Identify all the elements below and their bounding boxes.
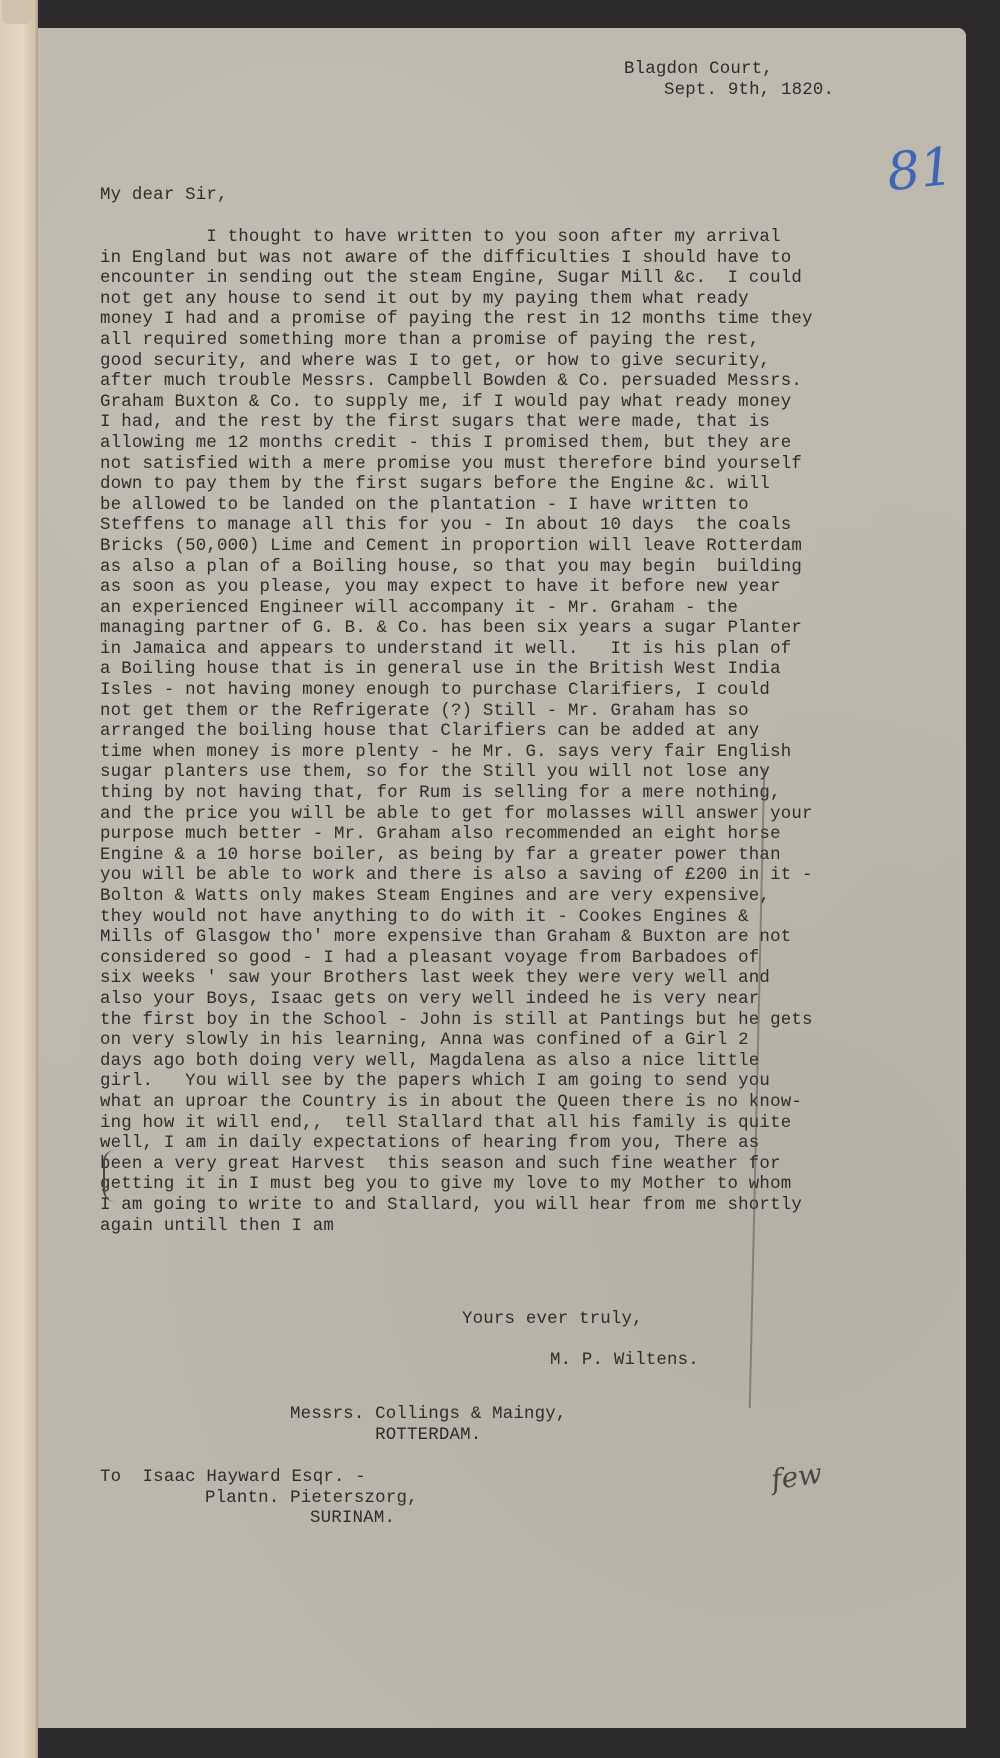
letter-line: be allowed to be landed on the plantatio… — [100, 496, 813, 517]
letter-line: on very slowly in his learning, Anna was… — [100, 1031, 813, 1052]
letter-line: not satisfied with a mere promise you mu… — [100, 455, 813, 476]
letter-line: getting it in I must beg you to give my … — [100, 1175, 813, 1196]
closing: Yours ever truly, — [462, 1310, 643, 1331]
letter-line: in England but was not aware of the diff… — [100, 249, 813, 270]
letter-line: allowing me 12 months credit - this I pr… — [100, 434, 813, 455]
letter-line: Bolton & Watts only makes Steam Engines … — [100, 887, 813, 908]
letter-line: thing by not having that, for Rum is sel… — [100, 784, 813, 805]
letter-line: encounter in sending out the steam Engin… — [100, 269, 813, 290]
letter-page: Blagdon Court,Sept. 9th, 1820. 81 My dea… — [38, 28, 966, 1728]
letter-line: I had, and the rest by the first sugars … — [100, 413, 813, 434]
letter-address-block: Blagdon Court,Sept. 9th, 1820. — [624, 60, 834, 101]
letter-line: again untill then I am — [100, 1217, 813, 1238]
letter-line: as soon as you please, you may expect to… — [100, 578, 813, 599]
letter-line: and the price you will be able to get fo… — [100, 805, 813, 826]
letter-line: Engine & a 10 horse boiler, as being by … — [100, 846, 813, 867]
letter-line: Graham Buxton & Co. to supply me, if I w… — [100, 393, 813, 414]
letter-line: after much trouble Messrs. Campbell Bowd… — [100, 372, 813, 393]
letter-line: been a very great Harvest this season an… — [100, 1155, 813, 1176]
letter-line: considered so good - I had a pleasant vo… — [100, 949, 813, 970]
letter-line: also your Boys, Isaac gets on very well … — [100, 990, 813, 1011]
letter-line: sugar planters use them, so for the Stil… — [100, 763, 813, 784]
handwritten-margin-note: few — [769, 1457, 824, 1497]
firm-city: ROTTERDAM. — [290, 1426, 567, 1447]
salutation: My dear Sir, — [100, 186, 228, 207]
binding-tab — [2, 0, 32, 24]
letter-line: as also a plan of a Boiling house, so th… — [100, 558, 813, 579]
letter-line: a Boiling house that is in general use i… — [100, 660, 813, 681]
letter-line: what an uproar the Country is in about t… — [100, 1093, 813, 1114]
letter-line: good security, and where was I to get, o… — [100, 352, 813, 373]
letter-line: they would not have anything to do with … — [100, 908, 813, 929]
place-line: Blagdon Court, — [624, 60, 834, 81]
letter-line: all required something more than a promi… — [100, 331, 813, 352]
binding-strip — [0, 0, 38, 1758]
folio-number: 81 — [884, 137, 956, 204]
letter-line: managing partner of G. B. & Co. has been… — [100, 619, 813, 640]
letter-line: Steffens to manage all this for you - In… — [100, 516, 813, 537]
recipient-line-2: Plantn. Pieterszorg, — [100, 1489, 418, 1510]
letter-line: Mills of Glasgow tho' more expensive tha… — [100, 928, 813, 949]
letter-line: I thought to have written to you soon af… — [100, 228, 813, 249]
letter-line: girl. You will see by the papers which I… — [100, 1072, 813, 1093]
recipient-block: To Isaac Hayward Esqr. -Plantn. Pietersz… — [100, 1468, 418, 1530]
letter-line: in Jamaica and appears to understand it … — [100, 640, 813, 661]
letter-line: an experienced Engineer will accompany i… — [100, 599, 813, 620]
letter-line: well, I am in daily expectations of hear… — [100, 1134, 813, 1155]
letter-line: down to pay them by the first sugars bef… — [100, 475, 813, 496]
letter-line: arranged the boiling house that Clarifie… — [100, 722, 813, 743]
letter-line: the first boy in the School - John is st… — [100, 1011, 813, 1032]
letter-line: money I had and a promise of paying the … — [100, 310, 813, 331]
recipient-line-3: SURINAM. — [100, 1509, 418, 1530]
letter-line: purpose much better - Mr. Graham also re… — [100, 825, 813, 846]
firm-name: Messrs. Collings & Maingy, — [290, 1405, 567, 1426]
letter-line: ing how it will end,, tell Stallard that… — [100, 1114, 813, 1135]
date-line: Sept. 9th, 1820. — [624, 81, 834, 102]
letter-line: Isles - not having money enough to purch… — [100, 681, 813, 702]
letter-line: Bricks (50,000) Lime and Cement in propo… — [100, 537, 813, 558]
letter-line: time when money is more plenty - he Mr. … — [100, 743, 813, 764]
letter-line: days ago both doing very well, Magdalena… — [100, 1052, 813, 1073]
margin-bracket-mark — [103, 1150, 115, 1202]
firm-block: Messrs. Collings & Maingy,ROTTERDAM. — [290, 1405, 567, 1446]
letter-body: I thought to have written to you soon af… — [100, 228, 813, 1237]
letter-line: not get any house to send it out by my p… — [100, 290, 813, 311]
letter-line: you will be able to work and there is al… — [100, 866, 813, 887]
letter-line: six weeks ' saw your Brothers last week … — [100, 969, 813, 990]
signature: M. P. Wiltens. — [550, 1351, 699, 1372]
letter-line: not get them or the Refrigerate (?) Stil… — [100, 702, 813, 723]
letter-line: I am going to write to and Stallard, you… — [100, 1196, 813, 1217]
recipient-line-1: To Isaac Hayward Esqr. - — [100, 1468, 418, 1489]
